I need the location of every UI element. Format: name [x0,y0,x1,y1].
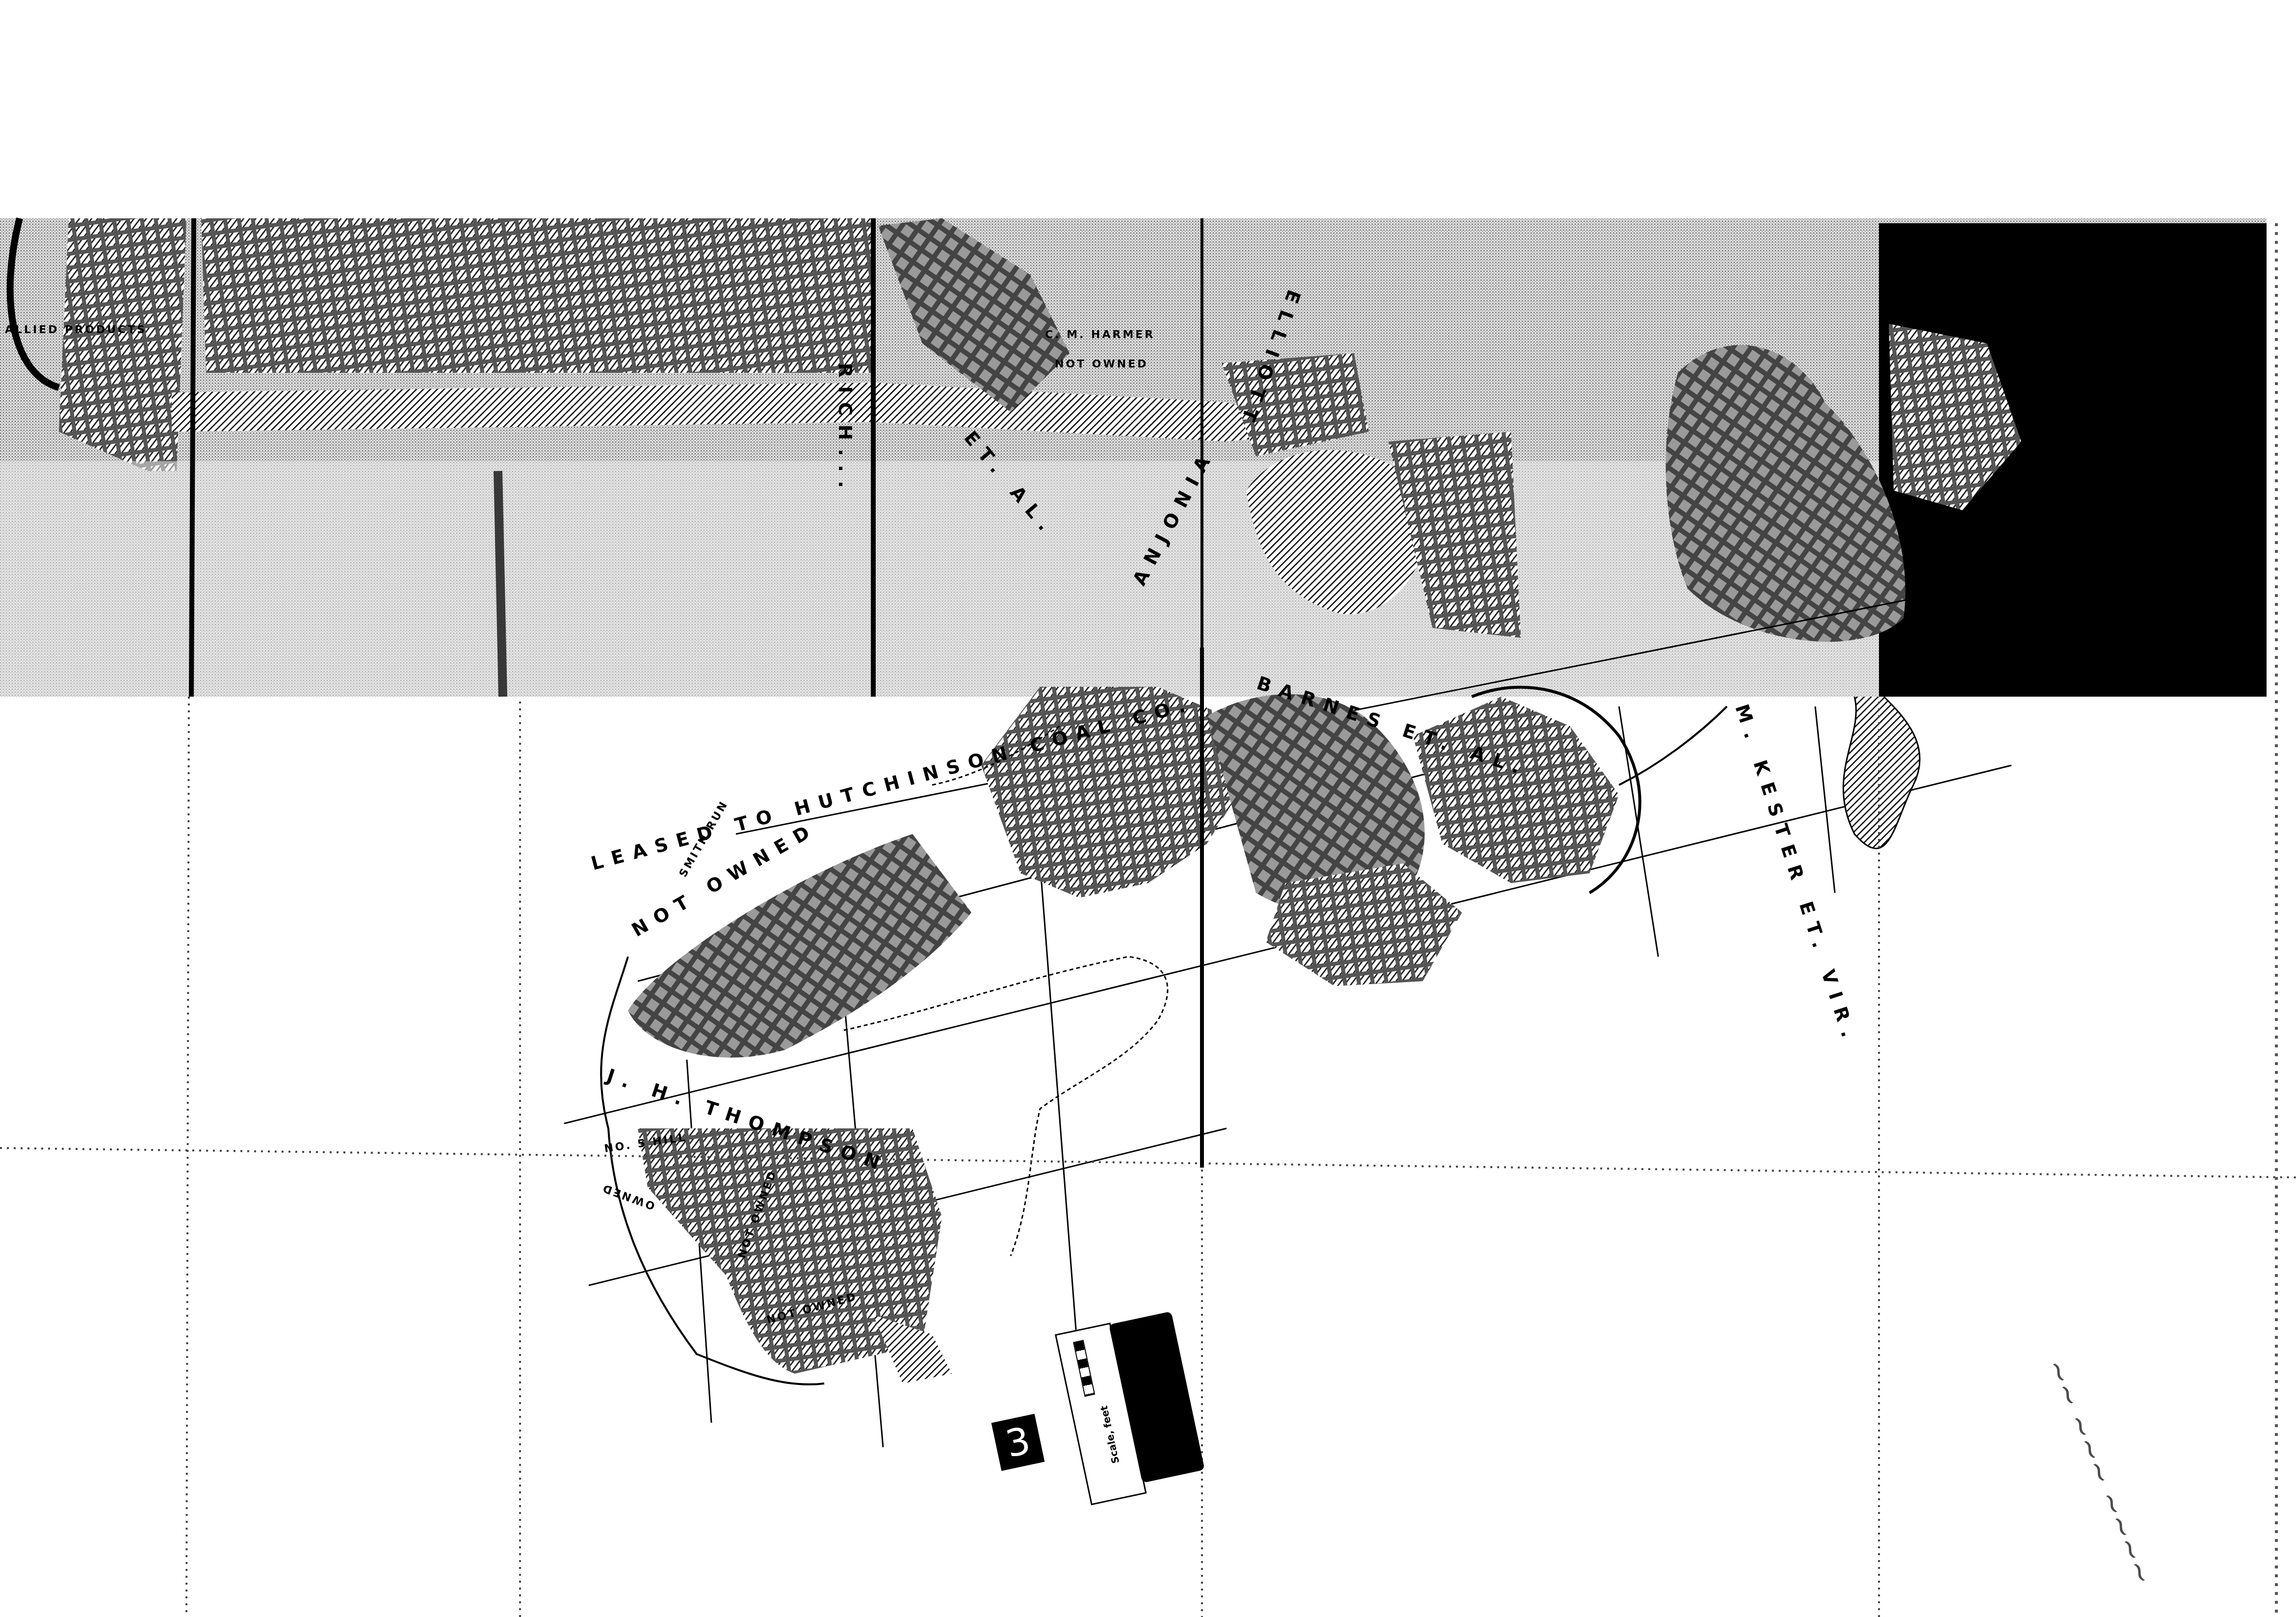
label-allied-products: ALLIED PRODUCTS [5,324,147,336]
label-not-owned-2: NOT OWNED [1055,358,1148,370]
scale-ticks [1073,1340,1095,1397]
label-c-m-harmer: C. M. HARMER [1045,329,1155,341]
label-richmond: RICH... [835,363,856,496]
top-strip [0,218,2267,697]
scale-label: Scale, feet [1098,1405,1122,1465]
